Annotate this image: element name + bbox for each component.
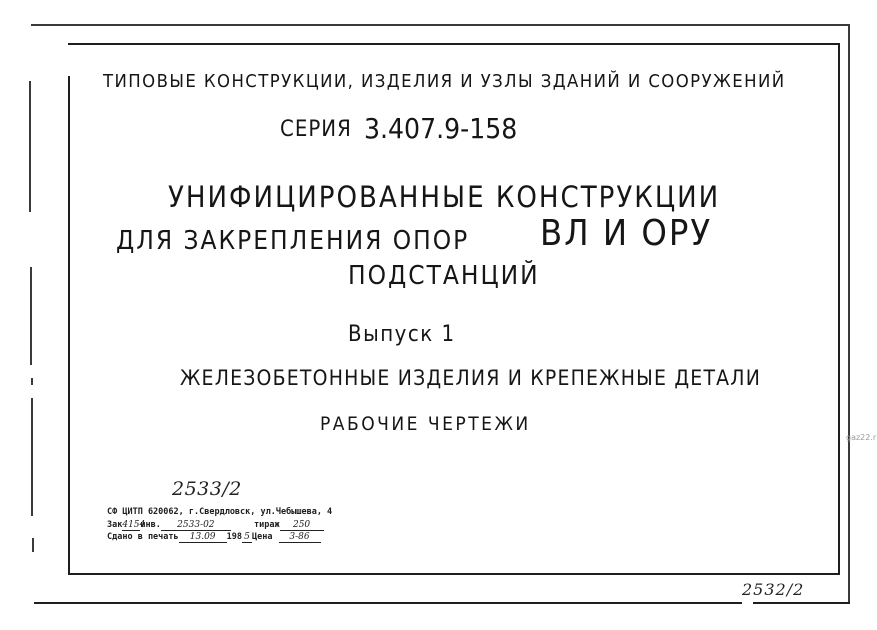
inner-frame-right	[838, 43, 840, 575]
imprint-address: СФ ЦИТП 620062, г.Свердловск, ул.Чебышев…	[107, 507, 332, 517]
inner-frame-left	[68, 76, 70, 575]
subtitle: Железобетонные изделия и крепежные детал…	[180, 366, 761, 390]
document-code: 2533/2	[172, 478, 242, 500]
outer-frame-left-seg4	[31, 398, 33, 516]
title-line-2: для закрепления опор	[116, 226, 469, 256]
outer-frame-bottom-right	[753, 602, 850, 604]
outer-frame-left-seg5	[32, 538, 34, 552]
title-line-2-emphasis: ВЛ и ОРУ	[540, 213, 712, 254]
issue-label: Выпуск 1	[348, 322, 456, 347]
outer-frame-top	[31, 24, 849, 26]
run-label: тираж	[254, 520, 280, 530]
inner-frame-bottom	[69, 573, 840, 575]
print-date: 13.09	[179, 532, 227, 543]
order-label: Зак	[107, 520, 122, 530]
imprint-order-line: Зак4154инв.2533-02 тираж250	[107, 520, 324, 531]
imprint-print-line: Сдано в печать13.091985Цена3-86	[107, 532, 321, 543]
order-value: 4154	[122, 520, 140, 531]
print-label: Сдано в печать	[107, 532, 179, 542]
inv-value: 2533-02	[161, 520, 231, 531]
series-label: Серия	[280, 117, 352, 142]
outer-frame-left-seg2	[30, 267, 32, 365]
inv-label: инв.	[140, 520, 160, 530]
outer-frame-right	[848, 24, 850, 604]
title-line-3: подстанций	[348, 261, 540, 291]
working-drawings-label: Рабочие чертежи	[320, 413, 531, 435]
corner-code: 2532/2	[742, 580, 804, 599]
watermark: gaz22.ru	[846, 433, 877, 442]
header-text: Типовые конструкции, изделия и узлы здан…	[103, 71, 786, 92]
run-value: 250	[280, 520, 324, 531]
year-prefix: 198	[227, 532, 242, 542]
outer-frame-bottom-left	[34, 602, 742, 604]
outer-frame-left-seg1	[29, 81, 31, 212]
price-label: Цена	[252, 532, 272, 542]
outer-frame-left-seg3	[31, 378, 33, 385]
inner-frame-top	[68, 43, 839, 45]
price-value: 3-86	[279, 532, 321, 543]
title-line-1: Унифицированные конструкции	[168, 180, 720, 214]
series-number: 3.407.9-158	[364, 112, 517, 145]
year-suffix: 5	[242, 532, 252, 543]
